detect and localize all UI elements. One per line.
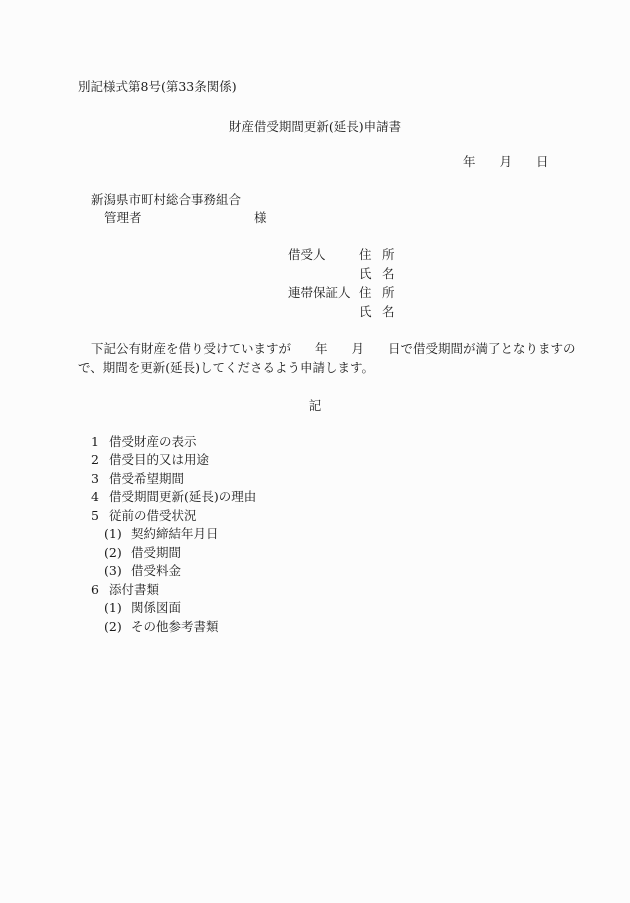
guarantor-name-label-1: 氏 (359, 306, 372, 319)
item-text: 借受希望期間 (109, 473, 184, 486)
body-suffix: 日で借受期間が満了となりますの (388, 343, 576, 356)
body-month-label: 月 (352, 343, 365, 356)
item-number: 5 (91, 510, 99, 523)
guarantor-label: 連帯保証人 (288, 287, 351, 300)
body-paragraph-line-1: 下記公有財産を借り受けていますが年月日で借受期間が満了となりますの (91, 343, 576, 356)
item-text: 添付書類 (109, 584, 159, 597)
document-title: 財産借受期間更新(延長)申請書 (0, 121, 630, 134)
guarantor-address-label-2: 所 (382, 287, 395, 300)
body-paragraph-line-2: で、期間を更新(延長)してくださるよう申請します。 (78, 362, 374, 375)
item-number: 3 (91, 473, 99, 486)
month-label: 月 (500, 156, 513, 169)
date-line: 年月日 (463, 156, 549, 169)
subitem-number: (3) (104, 565, 122, 578)
subitem-text: その他参考書類 (131, 621, 219, 634)
item-text: 借受財産の表示 (109, 436, 197, 449)
item-number: 4 (91, 491, 99, 504)
item-number: 2 (91, 454, 99, 467)
item-number: 1 (91, 436, 99, 449)
subitem-text: 関係図面 (131, 602, 181, 615)
item-text: 借受期間更新(延長)の理由 (109, 491, 256, 504)
year-label: 年 (463, 156, 476, 169)
ki-heading: 記 (0, 400, 630, 413)
addressee-honorific: 様 (254, 212, 267, 225)
item-text: 借受目的又は用途 (109, 454, 209, 467)
guarantor-address-label-1: 住 (359, 287, 372, 300)
subitem-text: 契約締結年月日 (131, 528, 219, 541)
subitem-text: 借受期間 (131, 547, 181, 560)
addressee-organization: 新潟県市町村総合事務組合 (91, 194, 241, 207)
borrower-address-label-2: 所 (382, 249, 395, 262)
subitem-number: (1) (104, 602, 122, 615)
guarantor-name-label-2: 名 (382, 306, 395, 319)
subitem-number: (2) (104, 547, 122, 560)
item-number: 6 (91, 584, 99, 597)
borrower-label: 借受人 (288, 249, 326, 262)
subitem-number: (1) (104, 528, 122, 541)
form-number: 別記様式第8号(第33条関係) (78, 81, 237, 94)
item-text: 従前の借受状況 (109, 510, 197, 523)
day-label: 日 (536, 156, 549, 169)
borrower-name-label-2: 名 (382, 268, 395, 281)
body-prefix: 下記公有財産を借り受けていますが (91, 343, 291, 356)
body-year-label: 年 (315, 343, 328, 356)
addressee-role: 管理者 (104, 212, 142, 225)
borrower-name-label-1: 氏 (359, 268, 372, 281)
borrower-address-label-1: 住 (359, 249, 372, 262)
subitem-number: (2) (104, 621, 122, 634)
subitem-text: 借受料金 (131, 565, 181, 578)
